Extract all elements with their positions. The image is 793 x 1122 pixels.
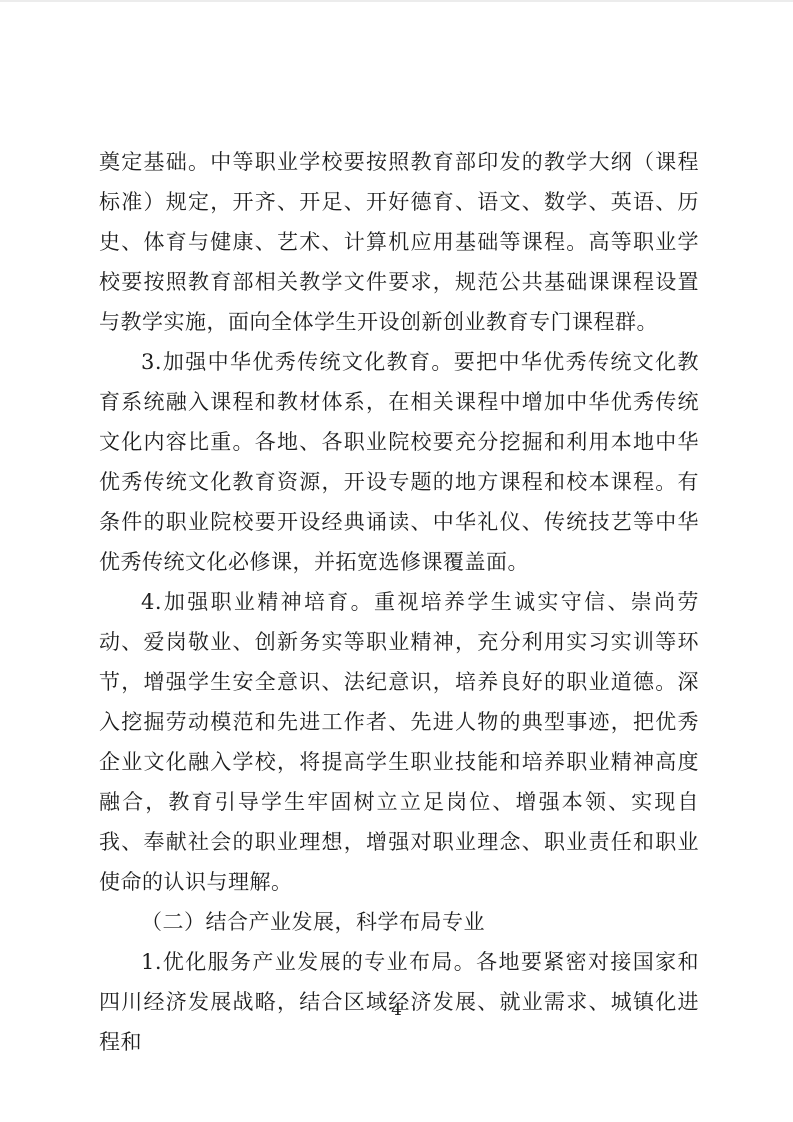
document-body: 奠定基础。中等职业学校要按照教育部印发的教学大纲（课程标准）规定，开齐、开足、开… bbox=[99, 142, 699, 1062]
document-page: 奠定基础。中等职业学校要按照教育部印发的教学大纲（课程标准）规定，开齐、开足、开… bbox=[0, 0, 793, 1122]
page-number: 4 bbox=[0, 999, 793, 1021]
section-heading: （二）结合产业发展，科学布局专业 bbox=[99, 902, 699, 942]
paragraph-continuation: 奠定基础。中等职业学校要按照教育部印发的教学大纲（课程标准）规定，开齐、开足、开… bbox=[99, 142, 699, 342]
paragraph-item-4: 4.加强职业精神培育。重视培养学生诚实守信、崇尚劳动、爱岗敬业、创新务实等职业精… bbox=[99, 582, 699, 902]
paragraph-item-3: 3.加强中华优秀传统文化教育。要把中华优秀传统文化教育系统融入课程和教材体系，在… bbox=[99, 342, 699, 582]
